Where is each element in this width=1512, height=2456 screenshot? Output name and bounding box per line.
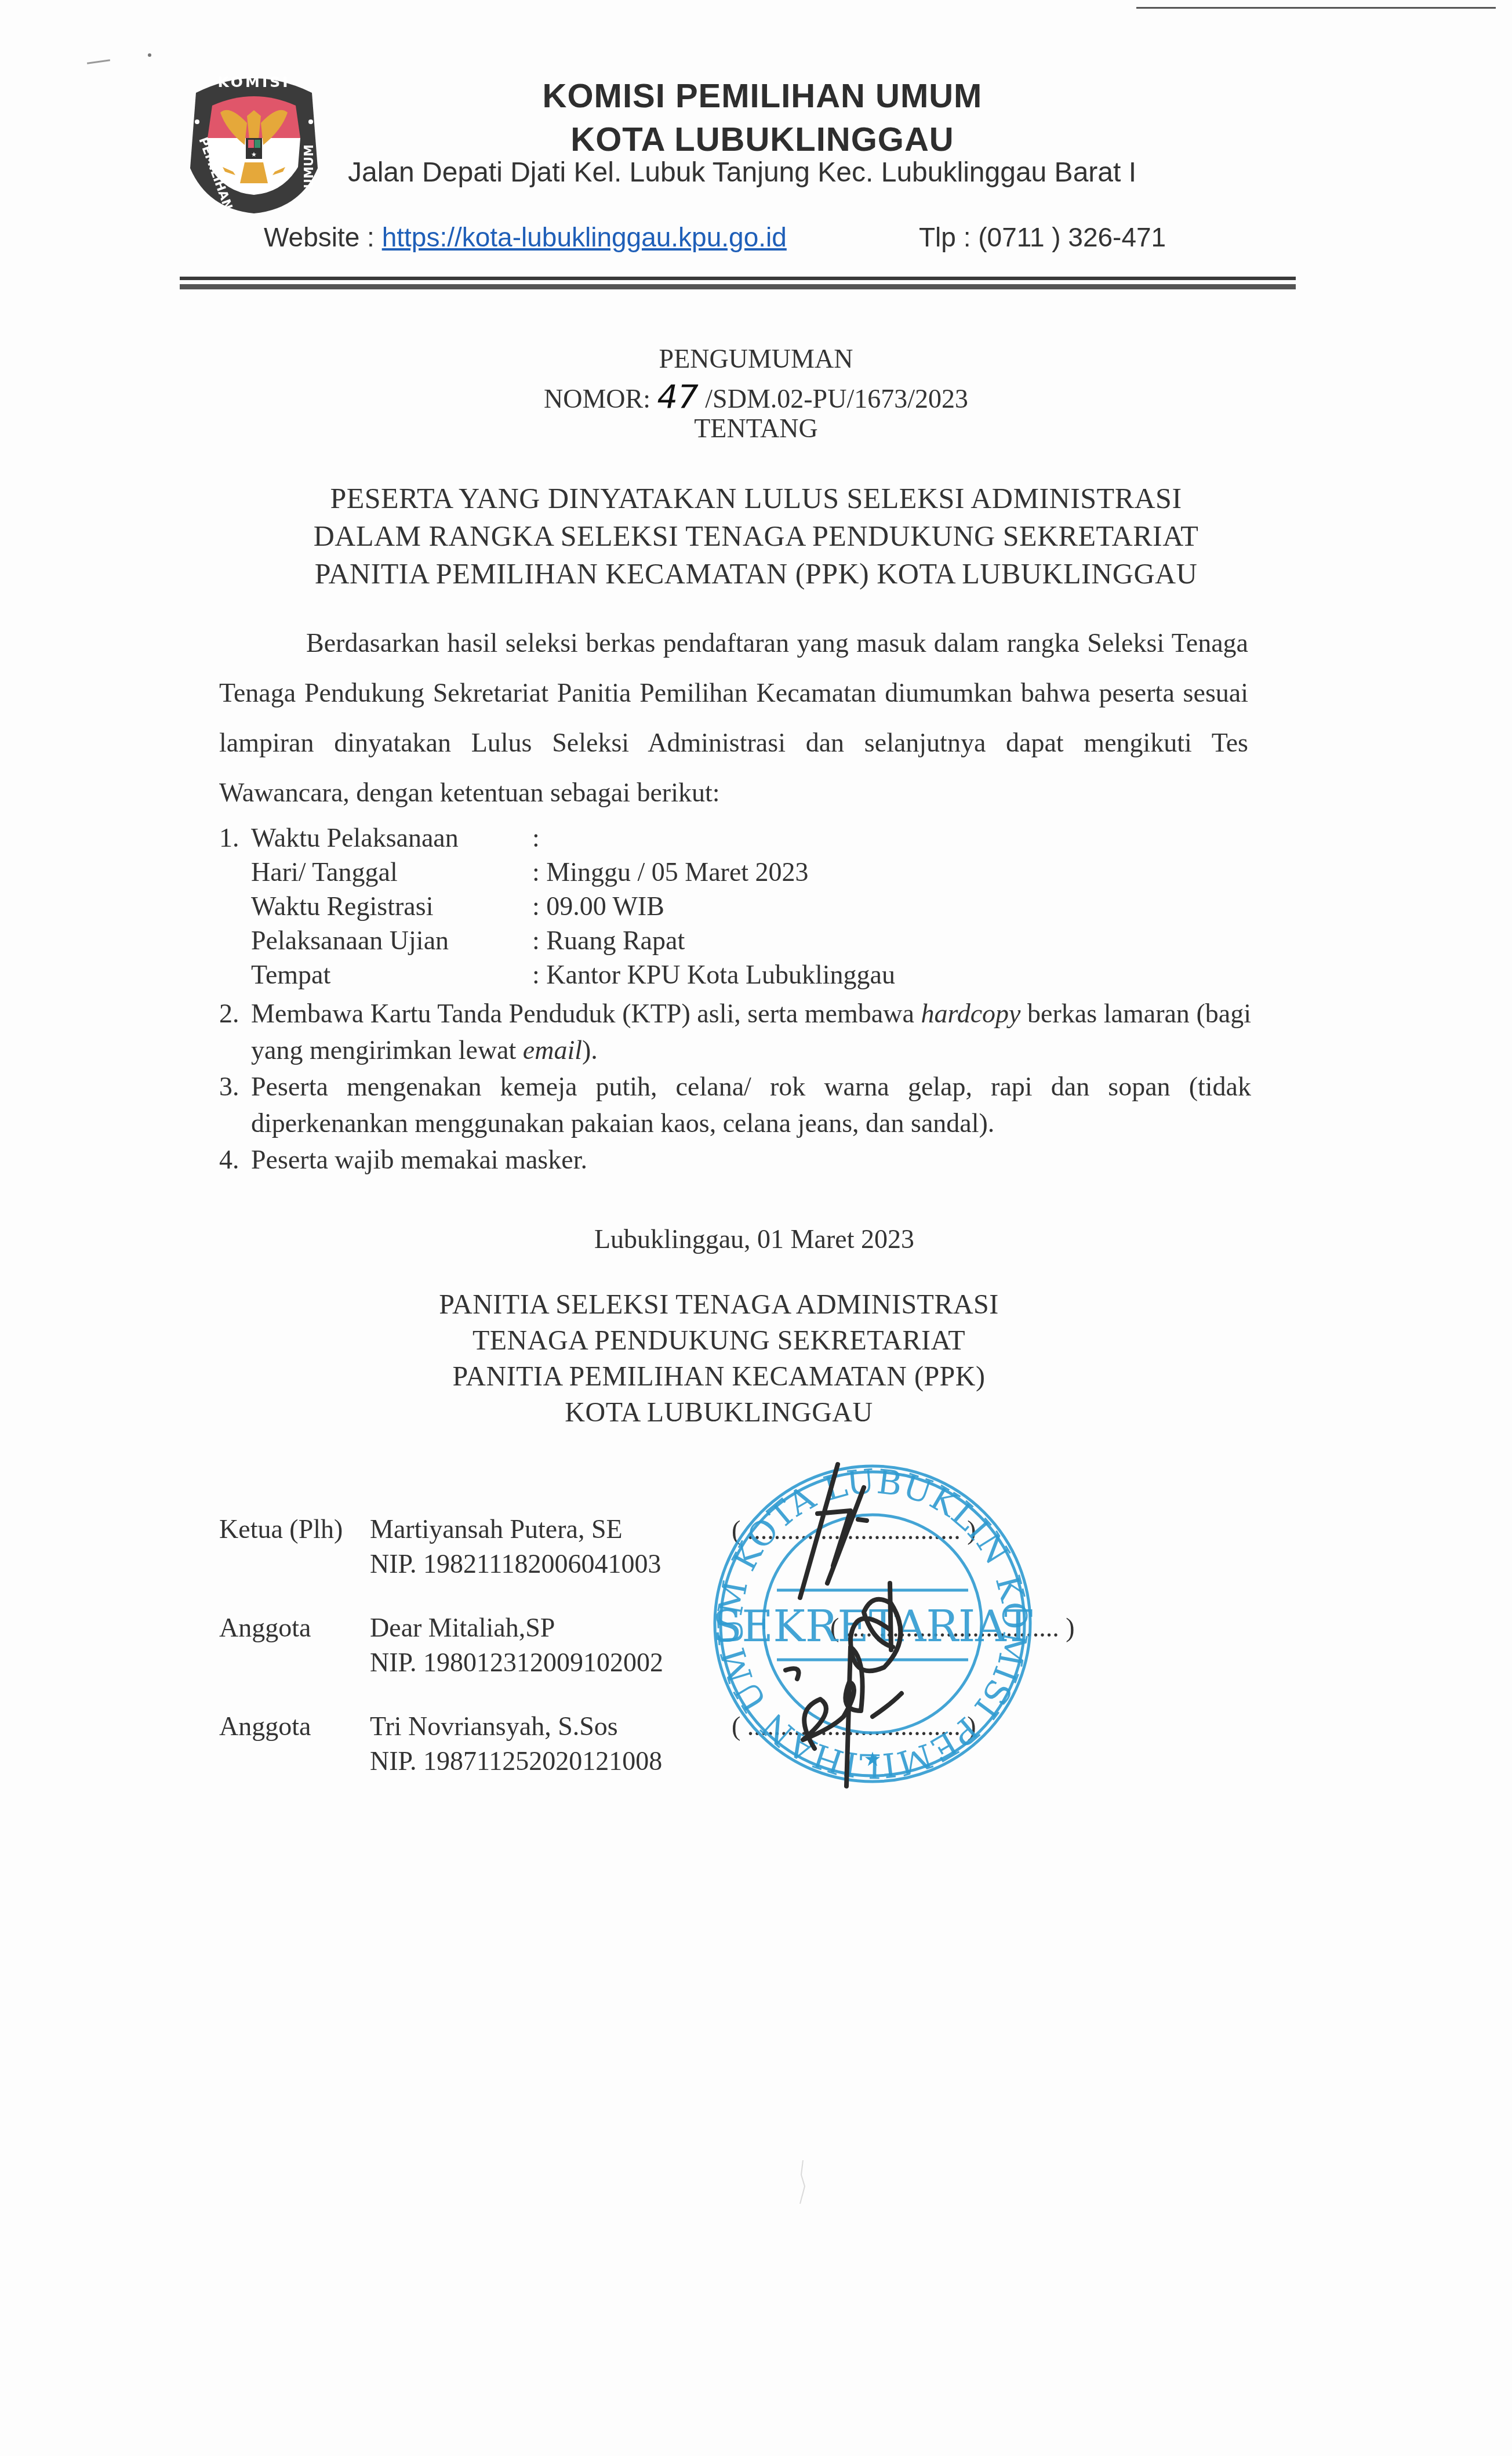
committee-line: TENAGA PENDUKUNG SEKRETARIAT — [0, 1325, 1438, 1356]
about-label: TENTANG — [0, 413, 1512, 444]
document-type: PENGUMUMAN — [0, 343, 1512, 374]
subject-line: PESERTA YANG DINYATAKAN LULUS SELEKSI AD… — [0, 481, 1512, 515]
phone-number: Tlp : (0711 ) 326-471 — [919, 222, 1166, 253]
letterhead-divider — [180, 277, 1296, 280]
logo-ring-top-text: KOMISI — [218, 74, 290, 90]
letterhead-divider — [180, 284, 1296, 289]
list-item-dress-code: 3. Peserta mengenakan kemeja putih, cela… — [219, 1068, 1251, 1141]
schedule-value: : Kantor KPU Kota Lubuklinggau — [532, 959, 895, 990]
number-prefix: NOMOR: — [544, 384, 650, 413]
list-item-mask: 4. Peserta wajib memakai masker. — [219, 1141, 1251, 1178]
subject-line: PANITIA PEMILIHAN KECAMATAN (PPK) KOTA L… — [0, 557, 1512, 590]
place-date: Lubuklinggau, 01 Maret 2023 — [594, 1224, 914, 1254]
scan-speck — [148, 53, 151, 57]
signatory-nip: NIP. 198711252020121008 — [370, 1746, 662, 1776]
scanned-announcement-page: ★ KOMISI PEMILIHAN UMUM KOMISI PEMILIHAN… — [0, 0, 1512, 2456]
item-label: Waktu Pelaksanaan — [251, 822, 459, 853]
scan-artifact-icon — [794, 2157, 812, 2210]
website-label: Website : — [264, 222, 375, 252]
item-colon: : — [532, 822, 540, 853]
schedule-row: Tempat : Kantor KPU Kota Lubuklinggau — [219, 959, 1251, 995]
org-name: KOMISI PEMILIHAN UMUM — [406, 77, 1119, 115]
schedule-label: Waktu Registrasi — [251, 891, 433, 922]
schedule-value: : 09.00 WIB — [532, 891, 664, 922]
handwritten-signatures-icon — [699, 1438, 1046, 1798]
scan-speck — [87, 59, 110, 64]
committee-line: PANITIA SELEKSI TENAGA ADMINISTRASI — [0, 1289, 1438, 1320]
signatory-name: Dear Mitaliah,SP — [370, 1612, 555, 1643]
item-number: 3. — [219, 1068, 239, 1105]
website-link[interactable]: https://kota-lubuklinggau.kpu.go.id — [382, 222, 787, 252]
item-text-italic: email — [523, 1035, 582, 1065]
signatory-nip: NIP. 198211182006041003 — [370, 1548, 661, 1579]
org-city: KOTA LUBUKLINGGAU — [406, 120, 1119, 159]
item-text: ). — [582, 1035, 598, 1065]
committee-line: PANITIA PEMILIHAN KECAMATAN (PPK) — [0, 1361, 1438, 1392]
committee-line: KOTA LUBUKLINGGAU — [0, 1396, 1438, 1428]
item-text: Peserta mengenakan kemeja putih, celana/… — [251, 1072, 1251, 1138]
item-text: Peserta wajib memakai masker. — [251, 1145, 587, 1174]
item-number: 4. — [219, 1141, 239, 1178]
scan-edge-line — [1136, 7, 1496, 9]
signatory-name: Martiyansah Putera, SE — [370, 1514, 623, 1544]
signatory-role: Anggota — [219, 1612, 311, 1643]
document-number: NOMOR: 47 /SDM.02-PU/1673/2023 — [0, 378, 1512, 416]
body-paragraph: Berdasarkan hasil seleksi berkas pendaft… — [219, 618, 1248, 818]
list-item-schedule-header: 1. Waktu Pelaksanaan : — [219, 822, 1251, 857]
kpu-garuda-logo-icon: ★ KOMISI PEMILIHAN UMUM — [184, 70, 324, 215]
schedule-label: Pelaksanaan Ujian — [251, 925, 449, 956]
schedule-row: Pelaksanaan Ujian : Ruang Rapat — [219, 925, 1251, 959]
schedule-value: : Minggu / 05 Maret 2023 — [532, 857, 809, 887]
schedule-row: Waktu Registrasi : 09.00 WIB — [219, 891, 1251, 925]
item-number: 2. — [219, 995, 239, 1032]
schedule-label: Hari/ Tanggal — [251, 857, 398, 887]
signatory-role: Anggota — [219, 1711, 311, 1742]
signatory-name: Tri Novriansyah, S.Sos — [370, 1711, 618, 1742]
list-item-ktp: 2. Membawa Kartu Tanda Penduduk (KTP) as… — [219, 995, 1251, 1068]
schedule-value: : Ruang Rapat — [532, 925, 685, 956]
org-address: Jalan Depati Djati Kel. Lubuk Tanjung Ke… — [348, 157, 1136, 188]
item-text-italic: hardcopy — [921, 999, 1020, 1028]
handwritten-number: 47 — [657, 378, 699, 416]
number-suffix: /SDM.02-PU/1673/2023 — [705, 384, 968, 413]
item-number: 1. — [219, 822, 239, 853]
website-line: Website : https://kota-lubuklinggau.kpu.… — [264, 222, 787, 253]
schedule-row: Hari/ Tanggal : Minggu / 05 Maret 2023 — [219, 857, 1251, 891]
signatory-role: Ketua (Plh) — [219, 1514, 343, 1544]
logo-ring-right-text: UMUM — [302, 144, 316, 188]
svg-text:★: ★ — [251, 151, 257, 158]
schedule-label: Tempat — [251, 959, 330, 990]
item-text: Membawa Kartu Tanda Penduduk (KTP) asli,… — [251, 999, 921, 1028]
subject-line: DALAM RANGKA SELEKSI TENAGA PENDUKUNG SE… — [0, 519, 1512, 553]
signatory-nip: NIP. 198012312009102002 — [370, 1647, 663, 1678]
requirements-list: 1. Waktu Pelaksanaan : Hari/ Tanggal : M… — [219, 822, 1251, 1178]
